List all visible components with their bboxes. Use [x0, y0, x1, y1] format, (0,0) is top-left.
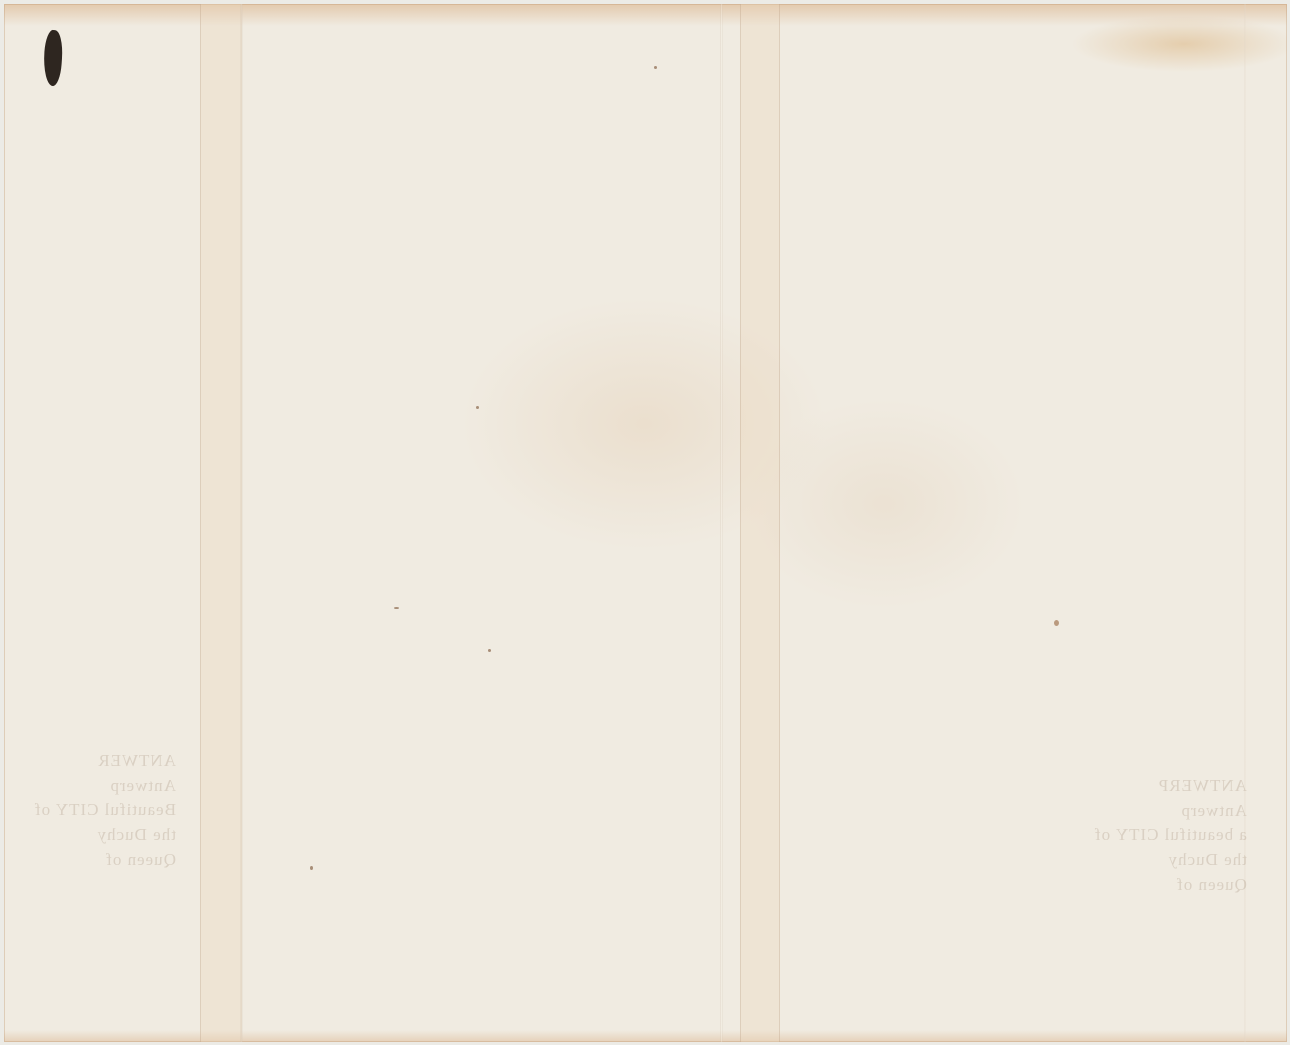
- ghost-line: Queen of: [105, 850, 176, 869]
- foxing-spot: [1054, 620, 1059, 626]
- ink-blot: [42, 29, 64, 86]
- repair-strip-center: [740, 4, 780, 1042]
- ghost-line: Antwerp: [1180, 801, 1246, 820]
- foxing-spot: [394, 607, 399, 609]
- foxing-spot: [654, 66, 657, 69]
- ghost-line: the Duchy: [1168, 850, 1247, 869]
- show-through-text-left: ANTWER Antwerp Beautiful CITY of the Duc…: [34, 749, 176, 872]
- ghost-line: the Duchy: [97, 825, 176, 844]
- ghost-line: ANTWER: [97, 751, 176, 770]
- repair-strip-left: [200, 4, 242, 1042]
- fold-line-left: [240, 4, 243, 1042]
- ghost-line: ANTWERP: [1158, 776, 1247, 795]
- foxing-spot: [488, 649, 491, 652]
- ghost-line: Beautiful CITY of: [34, 800, 176, 819]
- ghost-line: Queen of: [1176, 875, 1247, 894]
- paper-sheet: ANTWER Antwerp Beautiful CITY of the Duc…: [4, 4, 1287, 1042]
- foxing-spot: [476, 406, 479, 409]
- fold-line-center: [720, 4, 723, 1042]
- ghost-line: a beautiful CITY of: [1094, 825, 1247, 844]
- ghost-line: Antwerp: [109, 776, 175, 795]
- show-through-text-right: ANTWERP Antwerp a beautiful CITY of the …: [1094, 774, 1247, 897]
- foxing-spot: [310, 866, 313, 870]
